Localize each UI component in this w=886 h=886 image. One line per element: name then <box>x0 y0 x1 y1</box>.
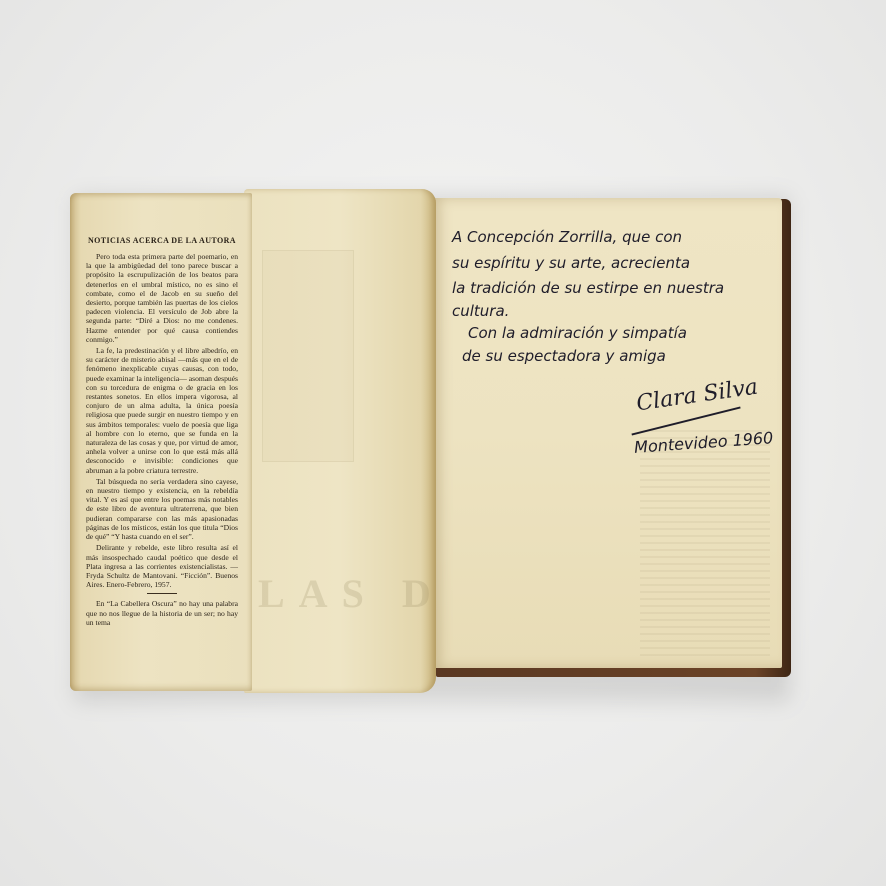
flap-paragraph: Delirante y rebelde, este libro resulta … <box>86 543 238 589</box>
dedication-line: cultura. <box>452 302 509 320</box>
dedication-line: la tradición de su estirpe en nuestra <box>452 279 724 297</box>
dedication-line: A Concepción Zorrilla, que con <box>452 228 682 246</box>
flap-paragraph: En “La Cabellera Oscura” no hay una pala… <box>86 599 238 627</box>
dedication-line: de su espectadora y amiga <box>462 347 666 365</box>
flap-paragraph: Pero toda esta primera parte del poemari… <box>86 252 238 344</box>
flap-divider <box>147 593 177 594</box>
flap-title: NOTICIAS ACERCA DE LA AUTORA <box>86 236 238 246</box>
dedication-line: Con la admiración y simpatía <box>468 324 687 342</box>
dedication-line: su espíritu y su arte, acrecienta <box>452 254 690 272</box>
flap-paragraph: Tal búsqueda no sería verdadera sino cay… <box>86 477 238 541</box>
flap-text-block: NOTICIAS ACERCA DE LA AUTORA Pero toda e… <box>86 236 238 627</box>
flap-paragraph: La fe, la predestinación y el libre albe… <box>86 346 238 475</box>
show-through-title: LAS D <box>258 570 445 617</box>
show-through-illustration <box>262 250 354 462</box>
show-through-text <box>640 430 770 660</box>
